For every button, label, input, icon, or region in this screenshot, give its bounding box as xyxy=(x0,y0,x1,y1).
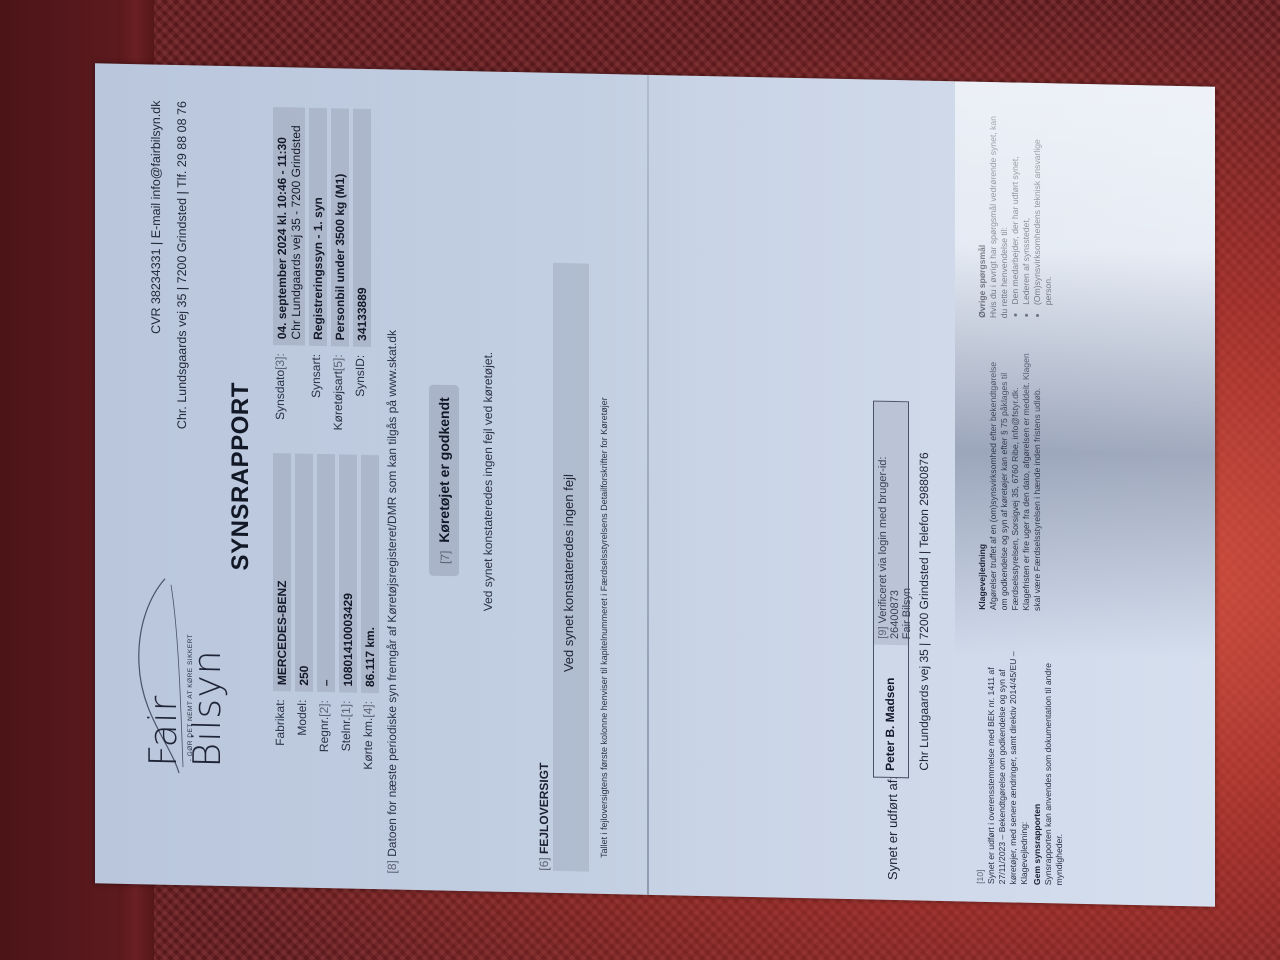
inspection-report-paper: Fair Bilsyn - GØR DET NEMT AT KØRE SIKKE… xyxy=(95,63,1215,906)
footer-save-text: Synsrapporten kan anvendes som dokumenta… xyxy=(1043,663,1064,886)
inspection-details: Synsdato[3]: 04. september 2024 kl. 10:4… xyxy=(273,107,383,447)
fejloversigt-heading: [6] FEJLOVERSIGT xyxy=(537,762,551,870)
result-text: Køretøjet er godkendt xyxy=(436,397,452,543)
field-value: – xyxy=(317,454,335,692)
note-ref: [8] xyxy=(385,860,399,874)
field-value: MERCEDES-BENZ xyxy=(273,453,291,691)
field-label: SynsID: xyxy=(353,355,367,397)
fejloversigt-note: Tallet i fejloversigtens første kolonne … xyxy=(599,397,609,858)
field-ref: [5]: xyxy=(331,354,345,371)
list-item: Lederen af synsstedet, xyxy=(1021,109,1032,305)
verification-ref: [9] xyxy=(877,626,889,638)
note-text: Datoen for næste periodiske syn fremgår … xyxy=(385,330,399,857)
synsdato-location: Chr Lundgaards vej 35 - 7200 Grindsted xyxy=(289,113,303,339)
logo-tagline: - GØR DET NEMT AT KØRE SIKKERT xyxy=(187,634,194,762)
approval-subtext: Ved synet konstateredes ingen fejl ved k… xyxy=(481,71,495,891)
list-item: (Om)synsvirksomhedens teknisk ansvarlige… xyxy=(1032,109,1054,305)
field-label: Synsdato xyxy=(273,370,287,420)
field-km: Kørte km.[4]: 86.117 km. xyxy=(361,455,379,793)
field-value: 86.117 km. xyxy=(361,455,379,693)
vehicle-details: Fabrikat: MERCEDES-BENZ Model: 250 Regnr… xyxy=(273,453,383,793)
field-ref: [4]: xyxy=(361,701,375,718)
inspector-name: Peter B. Madsen xyxy=(874,645,908,778)
footer-questions-text: Hvis du i øvrigt har spørgsmål vedrørend… xyxy=(988,116,1009,318)
fejloversigt-ref: [6] xyxy=(537,857,551,871)
field-fabrikat: Fabrikat: MERCEDES-BENZ xyxy=(273,453,291,791)
signature-address: Chr Lundgaards vej 35 | 7200 Grindsted |… xyxy=(917,452,931,771)
field-stelnr: Stelnr.[1]: 10801410003429 xyxy=(339,454,357,792)
company-logo: Fair Bilsyn - GØR DET NEMT AT KØRE SIKKE… xyxy=(131,574,201,775)
field-synsid: SynsID: 34133889 xyxy=(353,109,371,447)
field-regnr: Regnr.[2]: – xyxy=(317,454,335,792)
signature-label: Synet er udført af: xyxy=(885,776,900,880)
synsdato-value: 04. september 2024 kl. 10:46 - 11:30 xyxy=(275,137,289,339)
field-value: 10801410003429 xyxy=(339,454,357,692)
result-ref: [7] xyxy=(438,550,452,564)
field-label: Køretøjsart xyxy=(331,371,345,431)
next-inspection-note: [8] Datoen for næste periodiske syn frem… xyxy=(385,330,399,874)
verification-info: [9] Verificeret via login med bruger-id:… xyxy=(874,402,908,646)
field-ref: [1]: xyxy=(339,700,353,717)
field-synsart: Synsart: Registreringssyn - 1. syn xyxy=(309,108,327,446)
footer-complaint-text: Afgørelser truffet af en (om)synsvirksom… xyxy=(988,353,1042,611)
field-value: 34133889 xyxy=(353,109,371,347)
verification-company: Fair Bilsyn xyxy=(901,588,913,640)
field-label: Regnr. xyxy=(317,717,331,753)
field-value: 250 xyxy=(295,453,313,691)
fejloversigt-title: FEJLOVERSIGT xyxy=(537,762,551,854)
approval-status-badge: [7] Køretøjet er godkendt xyxy=(429,385,459,576)
paper-fold-line xyxy=(647,75,649,895)
report-title: SYNSRAPPORT xyxy=(227,66,255,887)
field-ref: [2]: xyxy=(317,700,331,717)
list-item: Den medarbejder, der har udført synet, xyxy=(1010,108,1021,304)
field-ref: [3]: xyxy=(273,353,287,370)
field-value: Registreringssyn - 1. syn xyxy=(309,108,327,346)
field-label: Kørte km. xyxy=(361,718,375,770)
footer-save-heading: Gem synsrapporten xyxy=(1032,635,1043,885)
field-label: Stelnr. xyxy=(339,717,353,751)
footer-ref: [10] xyxy=(975,869,985,884)
footer-complaint-column: Klagevejledning Afgørelser truffet af en… xyxy=(975,350,1043,611)
company-contact-line: CVR 38234331 | E-mail info@fairbilsyn.dk xyxy=(149,100,163,334)
field-value: Personbil under 3500 kg (M1) xyxy=(331,108,349,346)
footer-contacts-list: Den medarbejder, der har udført synet, L… xyxy=(1010,108,1054,319)
logo-name: Fair Bilsyn xyxy=(141,574,229,768)
signature-box: Peter B. Madsen [9] Verificeret via logi… xyxy=(873,401,909,779)
footer-questions-heading: Øvrige spørgsmål xyxy=(977,108,988,318)
field-label: Model: xyxy=(295,699,309,735)
field-value: 04. september 2024 kl. 10:46 - 11:30 Chr… xyxy=(273,107,305,346)
field-synsdato: Synsdato[3]: 04. september 2024 kl. 10:4… xyxy=(273,107,305,446)
fejloversigt-empty-text: Ved synet konstateredes ingen fejl xyxy=(561,73,576,893)
verification-text: Verificeret via login med bruger-id: 264… xyxy=(877,456,901,639)
company-address-line: Chr. Lundsgaards vej 35 | 7200 Grindsted… xyxy=(175,101,189,429)
field-label: Synsart: xyxy=(309,354,323,398)
field-koretojsart: Køretøjsart[5]: Personbil under 3500 kg … xyxy=(331,108,349,446)
footer-legal-text: Synet er udført i overensstemmelse med B… xyxy=(986,651,1029,885)
footer-complaint-heading: Klagevejledning xyxy=(977,350,988,610)
field-model: Model: 250 xyxy=(295,453,313,791)
footer-questions-column: Øvrige spørgsmål Hvis du i øvrigt har sp… xyxy=(975,108,1054,320)
report-details: Fabrikat: MERCEDES-BENZ Model: 250 Regnr… xyxy=(273,107,383,793)
footer-legal-column: [10] Synet er udført i overensstemmelse … xyxy=(975,634,1065,886)
field-label: Fabrikat: xyxy=(273,699,287,746)
